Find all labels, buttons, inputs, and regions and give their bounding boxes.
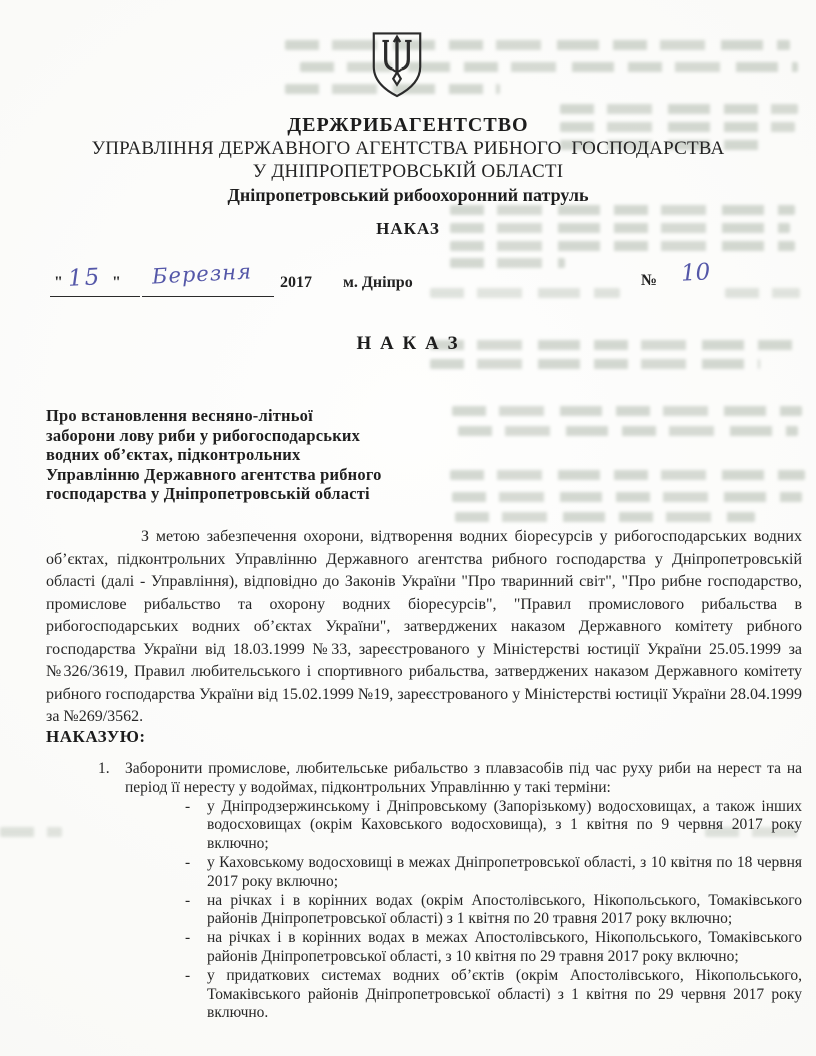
- order-subject: Про встановлення весняно-літньої заборон…: [46, 406, 506, 504]
- agency-name: ДЕРЖРИБАГЕНТСТВО: [0, 113, 816, 137]
- dash-marker: -: [185, 967, 207, 1023]
- bleedthrough-line: [450, 241, 795, 251]
- open-quote: ": [54, 274, 63, 292]
- order-subitem: - у придаткових системах водних об’єктів…: [185, 967, 802, 1023]
- subject-line: Управлінню Державного агентства рибного: [46, 465, 506, 485]
- subject-line: заборони лову риби у рибогосподарських: [46, 426, 506, 446]
- dash-marker: -: [185, 892, 207, 930]
- subitem-text: у придаткових системах водних об’єктів (…: [207, 967, 802, 1023]
- bleedthrough-line: [458, 426, 798, 436]
- item-text: Заборонити промислове, любительське риба…: [125, 760, 802, 798]
- number-sign: №: [641, 272, 657, 290]
- bleedthrough-line: [285, 40, 790, 50]
- dash-marker: -: [185, 854, 207, 892]
- order-word: НАКАЗУЮ:: [46, 727, 146, 747]
- bleedthrough-line: [430, 359, 760, 369]
- department-name-line1: УПРАВЛІННЯ ДЕРЖАВНОГО АГЕНТСТВА РИБНОГО …: [0, 137, 816, 160]
- order-subitem: - на річках і в корінних водах (окрім Ап…: [185, 892, 802, 930]
- dash-marker: -: [185, 929, 207, 967]
- order-item-1: 1. Заборонити промислове, любительське р…: [46, 760, 802, 798]
- ukraine-trident-emblem: [370, 31, 424, 99]
- city: м. Дніпро: [343, 274, 413, 292]
- subitem-text: у Дніпродзержинському і Дніпровському (З…: [207, 798, 802, 854]
- year: 2017: [280, 274, 312, 292]
- subject-line: господарства у Дніпропетровській області: [46, 484, 506, 504]
- subitem-text: у Каховському водосховищі в межах Дніпро…: [207, 854, 802, 892]
- item-number: 1.: [46, 760, 125, 798]
- dash-marker: -: [185, 798, 207, 854]
- document-type-heading: НАКАЗ: [0, 219, 816, 239]
- order-subitem: - на річках і в корінних водах в межах А…: [185, 929, 802, 967]
- handwritten-order-number: 10: [680, 259, 711, 286]
- scanned-document-page: ДЕРЖРИБАГЕНТСТВО УПРАВЛІННЯ ДЕРЖАВНОГО А…: [0, 0, 816, 1056]
- subitem-text: на річках і в корінних водах в межах Апо…: [207, 929, 802, 967]
- close-quote: ": [112, 274, 121, 292]
- unit-name: Дніпропетровський рибоохоронний патруль: [0, 183, 816, 207]
- order-title: Н А К А З: [0, 333, 816, 355]
- document-header: ДЕРЖРИБАГЕНТСТВО УПРАВЛІННЯ ДЕРЖАВНОГО А…: [0, 113, 816, 207]
- handwritten-day: 15: [67, 264, 102, 292]
- department-name-line2: У ДНІПРОПЕТРОВСЬКІЙ ОБЛАСТІ: [0, 160, 816, 183]
- bleedthrough-line: [455, 512, 755, 522]
- day-underline: [50, 296, 140, 297]
- handwritten-month: Березня: [151, 259, 252, 288]
- subject-line: водних об’єктах, підконтрольних: [46, 445, 506, 465]
- preamble-paragraph: З метою забезпечення охорони, відтворенн…: [46, 526, 802, 729]
- month-underline: [142, 296, 274, 297]
- subject-line: Про встановлення весняно-літньої: [46, 406, 506, 426]
- dateline: " 15 " Березня 2017 м. Дніпро № 10: [0, 262, 816, 310]
- order-items: 1. Заборонити промислове, любительське р…: [46, 760, 802, 1023]
- order-subitem: - у Каховському водосховищі в межах Дніп…: [185, 854, 802, 892]
- order-subitem: - у Дніпродзержинському і Дніпровському …: [185, 798, 802, 854]
- subitem-text: на річках і в корінних водах (окрім Апос…: [207, 892, 802, 930]
